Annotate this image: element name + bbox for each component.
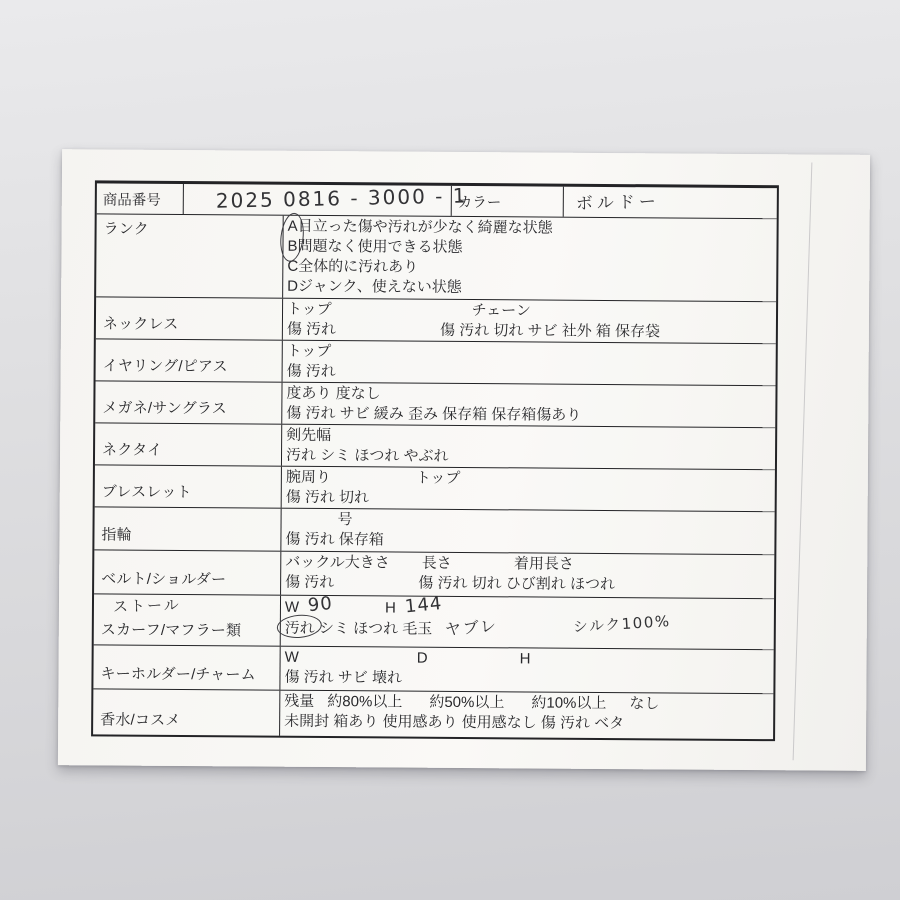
product-number-label: 商品番号 [97,183,184,214]
perfume-field-50: 約50%以上 [429,694,504,712]
necklace-field-chain: チェーン [472,302,531,319]
bracelet-cond: 傷 汚れ 切れ [286,489,369,507]
row-scarf: ストール スカーフ/マフラー類 シルク100% W90H144 汚れ シミ ほつ… [94,593,774,649]
rank-label: ランク [96,214,284,297]
condition-check-table: 商品番号 2025 0816 - 3000 - 1 カラー ボルドー ランク A… [91,180,779,741]
glasses-field-degree: 度あり 度なし [286,385,380,403]
necktie-cond: 汚れ シミ ほつれ やぶれ [286,447,449,465]
bracelet-field-wrist: 腕周り [286,469,331,486]
ring-field-size: 号 [338,511,353,528]
glasses-cell: 度あり 度なし 傷 汚れ サビ 緩み 歪み 保存箱 保存箱傷あり [282,383,775,427]
perfume-field-80: 約80%以上 [327,693,402,711]
keyring-label: キーホルダー/チャーム [93,645,280,689]
belt-field-buckle: バックル大きさ [285,554,390,572]
paper-crease [793,162,813,760]
glasses-label: メガネ/サングラス [95,381,282,423]
product-number-handwritten: 2025 0816 - 3000 - 1 [216,184,468,213]
necktie-field-width: 剣先幅 [286,427,331,444]
keyring-cell: WDH 傷 汚れ サビ 壊れ [280,647,773,693]
keyring-field-w: W [285,649,299,666]
row-rank: ランク A目立った傷や汚れが少なく綺麗な状態 B問題なく使用できる状態 C全体的… [96,213,777,301]
scarf-cond-handwritten: ヤブレ [444,616,499,640]
belt-cell: バックル大きさ長さ着用長さ 傷 汚れ傷 汚れ 切れ ひび割れ ほつれ [281,552,774,598]
belt-label: ベルト/ショルダー [94,550,281,594]
scarf-label-cell: ストール スカーフ/マフラー類 [94,594,281,645]
color-cell: ボルドー [564,187,777,218]
belt-cond-strap: 傷 汚れ 切れ ひび割れ ほつれ [418,575,615,593]
perfume-field-remaining: 残量 [284,693,314,710]
paper-form: 商品番号 2025 0816 - 3000 - 1 カラー ボルドー ランク A… [58,149,870,771]
bracelet-cell: 腕周りトップ 傷 汚れ 切れ [282,467,775,511]
necklace-cell: トップチェーン 傷 汚れ傷 汚れ 切れ サビ 社外 箱 保存袋 [283,299,776,343]
scarf-width-handwritten: 90 [307,594,334,616]
belt-cond-buckle: 傷 汚れ [285,574,334,591]
perfume-cell: 残量約80%以上約50%以上約10%以上なし 未開封 箱あり 使用感あり 使用感… [280,691,773,739]
necktie-label: ネクタイ [95,423,282,465]
bracelet-field-top: トップ [416,470,461,487]
scarf-height-handwritten: 144 [404,594,443,618]
perfume-label: 香水/コスメ [93,689,280,735]
necklace-cond-top: 傷 汚れ [287,321,336,338]
glasses-cond: 傷 汚れ サビ 緩み 歪み 保存箱 保存箱傷あり [286,405,581,424]
row-glasses: メガネ/サングラス 度あり 度なし 傷 汚れ サビ 緩み 歪み 保存箱 保存箱傷… [95,380,775,427]
earring-cond: 傷 汚れ [287,363,336,380]
perfume-cond: 未開封 箱あり 使用感あり 使用感なし 傷 汚れ ベタ [284,713,624,732]
earring-field-top: トップ [287,343,332,360]
row-keyring: キーホルダー/チャーム WDH 傷 汚れ サビ 壊れ [93,644,773,693]
row-necklace: ネックレス トップチェーン 傷 汚れ傷 汚れ 切れ サビ 社外 箱 保存袋 [96,296,776,343]
color-handwritten: ボルドー [575,187,660,214]
row-product-number: 商品番号 2025 0816 - 3000 - 1 カラー ボルドー [97,183,777,218]
perfume-field-none: なし [629,695,659,712]
scarf-label-handwritten: ストール [113,594,181,617]
row-perfume: 香水/コスメ 残量約80%以上約50%以上約10%以上なし 未開封 箱あり 使用… [93,688,773,739]
ring-cell: 号 傷 汚れ 保存箱 [281,509,774,554]
keyring-field-h: H [520,650,531,667]
scarf-cond-rest: シミ ほつれ 毛玉 [319,620,432,638]
row-belt: ベルト/ショルダー バックル大きさ長さ着用長さ 傷 汚れ傷 汚れ 切れ ひび割れ… [94,549,774,598]
bracelet-label: ブレスレット [95,465,282,507]
scarf-field-h: H [385,599,396,616]
perfume-field-10: 約10%以上 [531,694,606,712]
scarf-field-w: W [285,599,299,616]
rank-option-d: Dジャンク、使えない状態 [287,277,776,300]
keyring-cond: 傷 汚れ サビ 壊れ [284,669,402,687]
row-necktie: ネクタイ 剣先幅 汚れ シミ ほつれ やぶれ [95,422,775,469]
keyring-field-d: D [417,650,428,667]
ring-label: 指輪 [94,507,281,550]
belt-field-wear-length: 着用長さ [514,555,574,572]
scarf-label: スカーフ/マフラー類 [101,618,242,640]
scarf-cell: シルク100% W90H144 汚れ シミ ほつれ 毛玉ヤブレ [281,596,774,649]
earring-label: イヤリング/ピアス [96,339,283,381]
necktie-cell: 剣先幅 汚れ シミ ほつれ やぶれ [282,425,775,469]
necklace-cond-chain: 傷 汚れ 切れ サビ 社外 箱 保存袋 [440,322,660,341]
color-label: カラー [452,186,564,217]
necklace-field-top: トップ [287,301,332,318]
product-number-cell: 2025 0816 - 3000 - 1 [184,184,452,216]
ring-cond: 傷 汚れ 保存箱 [285,531,383,549]
row-ring: 指輪 号 傷 汚れ 保存箱 [94,506,774,554]
necklace-label: ネックレス [96,297,283,339]
belt-field-length: 長さ [422,555,452,572]
row-bracelet: ブレスレット 腕周りトップ 傷 汚れ 切れ [95,464,775,511]
rank-options-cell: A目立った傷や汚れが少なく綺麗な状態 B問題なく使用できる状態 C全体的に汚れあ… [283,216,777,301]
earring-cell: トップ 傷 汚れ [283,341,776,385]
row-earring: イヤリング/ピアス トップ 傷 汚れ [96,338,776,385]
